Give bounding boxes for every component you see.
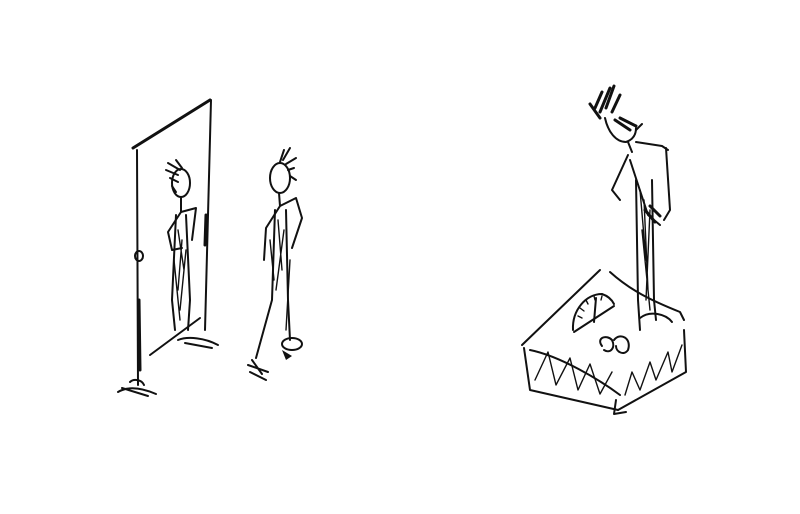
sketch-canvas xyxy=(0,0,800,514)
reflection-figure xyxy=(166,160,196,330)
mirror xyxy=(118,100,218,396)
standing-figure xyxy=(248,148,302,380)
bathroom-scale xyxy=(522,270,686,414)
